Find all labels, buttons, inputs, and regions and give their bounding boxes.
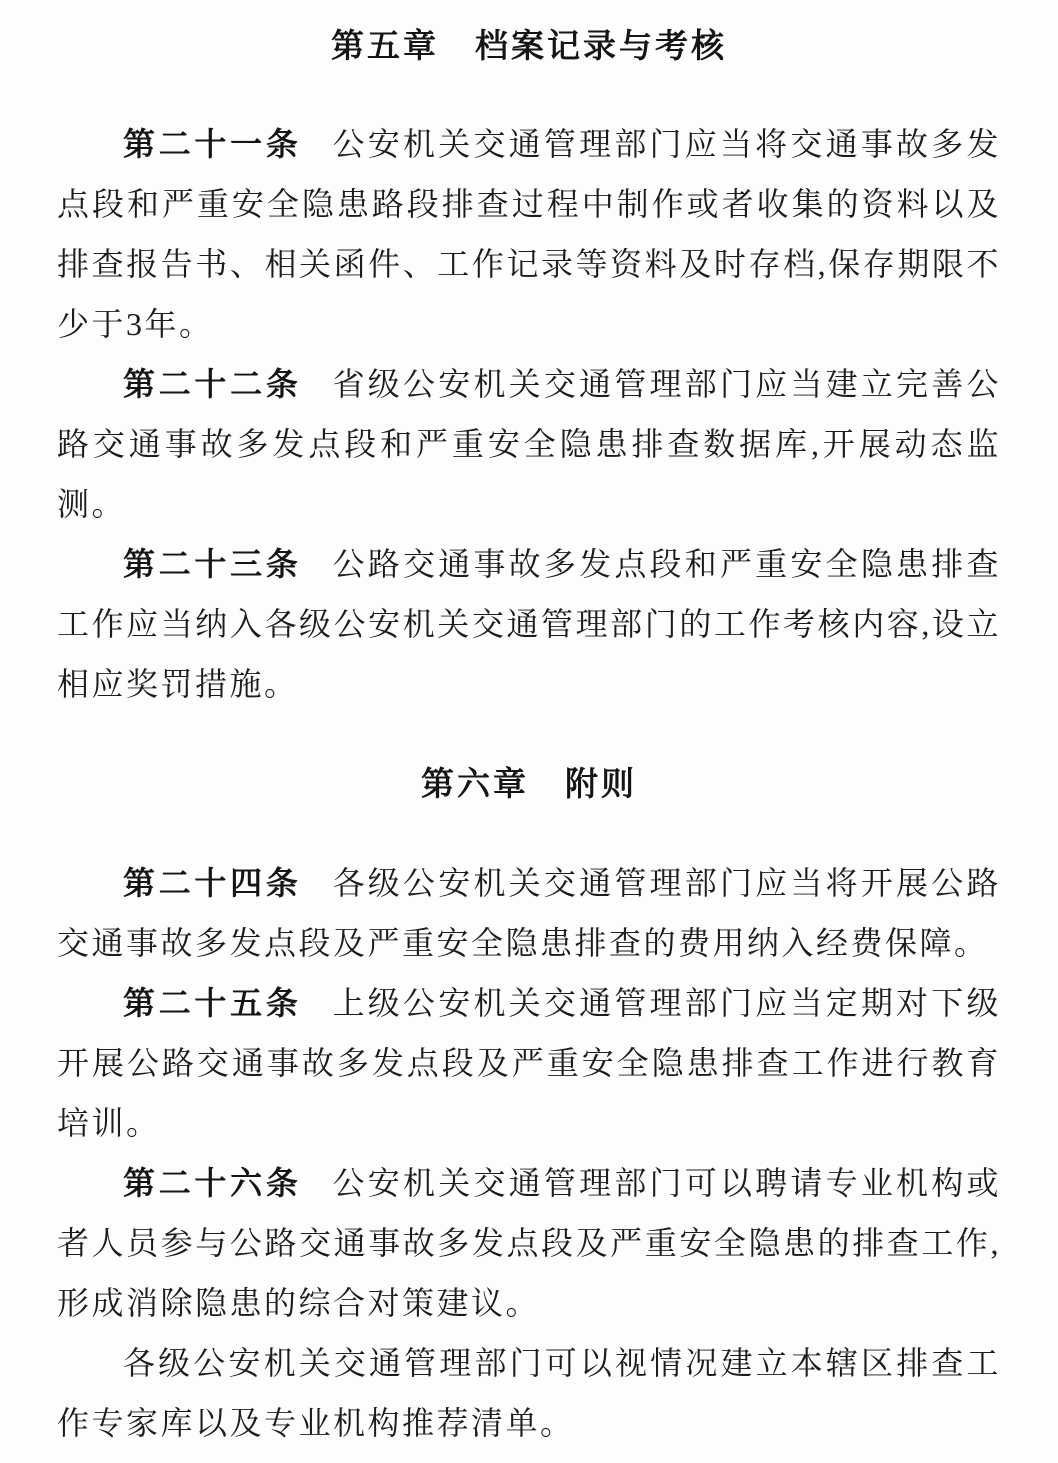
article-25-label: 第二十五条: [123, 985, 302, 1021]
article-23: 第二十三条公路交通事故多发点段和严重安全隐患排查工作应当纳入各级公安机关交通管理…: [57, 534, 1001, 714]
article-21-label: 第二十一条: [123, 126, 302, 162]
chapter-6-heading: 第六章 附则: [57, 754, 1001, 814]
article-22: 第二十二条省级公安机关交通管理部门应当建立完善公路交通事故多发点段和严重安全隐患…: [57, 354, 1001, 534]
article-26: 第二十六条公安机关交通管理部门可以聘请专业机构或者人员参与公路交通事故多发点段及…: [57, 1153, 1001, 1333]
chapter-5-heading: 第五章 档案记录与考核: [57, 16, 1001, 76]
article-26-label: 第二十六条: [123, 1165, 302, 1201]
article-22-label: 第二十二条: [123, 366, 302, 402]
article-24-label: 第二十四条: [123, 865, 302, 901]
article-23-label: 第二十三条: [123, 546, 302, 582]
article-26-paragraph-2-text: 各级公安机关交通管理部门可以视情况建立本辖区排查工作专家库以及专业机构推荐清单。: [57, 1345, 1001, 1441]
article-26-paragraph-2: 各级公安机关交通管理部门可以视情况建立本辖区排查工作专家库以及专业机构推荐清单。: [57, 1333, 1001, 1453]
document-page: 第五章 档案记录与考核 第二十一条公安机关交通管理部门应当将交通事故多发点段和严…: [0, 0, 1058, 1463]
article-24: 第二十四条各级公安机关交通管理部门应当将开展公路交通事故多发点段及严重安全隐患排…: [57, 853, 1001, 973]
article-21: 第二十一条公安机关交通管理部门应当将交通事故多发点段和严重安全隐患路段排查过程中…: [57, 114, 1001, 354]
article-25: 第二十五条上级公安机关交通管理部门应当定期对下级开展公路交通事故多发点段及严重安…: [57, 973, 1001, 1153]
